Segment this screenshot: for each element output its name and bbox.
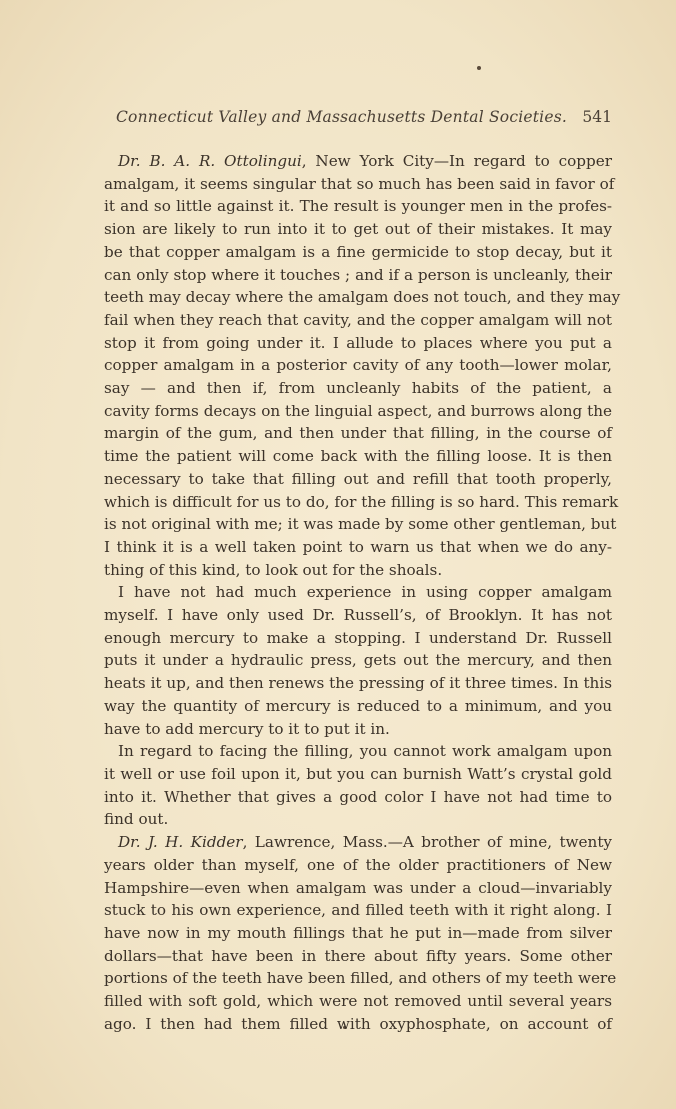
text-line: filled with soft gold, which were not re… (104, 990, 612, 1013)
text-line: way the quantity of mercury is reduced t… (104, 695, 612, 718)
text-line: thing of this kind, to look out for the … (104, 559, 612, 582)
running-header: Connecticut Valley and Massachusetts Den… (116, 108, 612, 126)
text-line: fail when they reach that cavity, and th… (104, 309, 612, 332)
text-line: it well or use foil upon it, but you can… (104, 763, 612, 786)
text-line: In regard to facing the filling, you can… (104, 740, 612, 763)
text-line: say — and then if, from uncleanly habits… (104, 377, 612, 400)
body-text: Dr. B. A. R. Ottolingui, New York City—I… (104, 150, 612, 1035)
paragraph-kidder: Dr. J. H. Kidder, Lawrence, Mass.—A brot… (104, 831, 612, 1035)
text-line: sion are likely to run into it to get ou… (104, 218, 612, 241)
text-line: teeth may decay where the amalgam does n… (104, 286, 612, 309)
text-line: time the patient will come back with the… (104, 445, 612, 468)
text-line: years older than myself, one of the olde… (104, 854, 612, 877)
text-line: copper amalgam in a posterior cavity of … (104, 354, 612, 377)
text-line: I have not had much experience in using … (104, 581, 612, 604)
text-line: necessary to take that filling out and r… (104, 468, 612, 491)
text-line: can only stop where it touches ; and if … (104, 264, 612, 287)
text-line: cavity forms decays on the linguial aspe… (104, 400, 612, 423)
speaker-name: Dr. J. H. Kidder (118, 833, 243, 851)
text-line: which is difficult for us to do, for the… (104, 491, 612, 514)
text-line: myself. I have only used Dr. Russell’s, … (104, 604, 612, 627)
page-number: 541 (582, 108, 612, 126)
paragraph-russell: I have not had much experience in using … (104, 581, 612, 740)
text-line: into it. Whether that gives a good color… (104, 786, 612, 809)
text-line: heats it up, and then renews the pressin… (104, 672, 612, 695)
speaker-name: Dr. B. A. R. Ottolingui (118, 152, 302, 170)
text-line: Hampshire—even when amalgam was under a … (104, 877, 612, 900)
text-line: stop it from going under it. I allude to… (104, 332, 612, 355)
text-line: dollars—that have been in there about fi… (104, 945, 612, 968)
text-line: it and so little against it. The result … (104, 195, 612, 218)
text-line: portions of the teeth have been filled, … (104, 967, 612, 990)
text-line: I think it is a well taken point to warn… (104, 536, 612, 559)
running-title: Connecticut Valley and Massachusetts Den… (116, 108, 567, 126)
ink-speck (477, 66, 481, 70)
text-line: have now in my mouth fillings that he pu… (104, 922, 612, 945)
text-line: have to add mercury to it to put it in. (104, 718, 612, 741)
document-page: Connecticut Valley and Massachusetts Den… (0, 0, 676, 1109)
text-line: find out. (104, 808, 612, 831)
text-line: be that copper amalgam is a fine germici… (104, 241, 612, 264)
text-line: puts it under a hydraulic press, gets ou… (104, 649, 612, 672)
paragraph-ottolingui: Dr. B. A. R. Ottolingui, New York City—I… (104, 150, 612, 581)
text-line: ago. I then had them filled with oxyphos… (104, 1013, 612, 1036)
text-line: stuck to his own experience, and filled … (104, 899, 612, 922)
paragraph-facing: In regard to facing the filling, you can… (104, 740, 612, 831)
text-line: margin of the gum, and then under that f… (104, 422, 612, 445)
text-line: is not original with me; it was made by … (104, 513, 612, 536)
text-line: amalgam, it seems singular that so much … (104, 173, 612, 196)
text-line: enough mercury to make a stopping. I und… (104, 627, 612, 650)
